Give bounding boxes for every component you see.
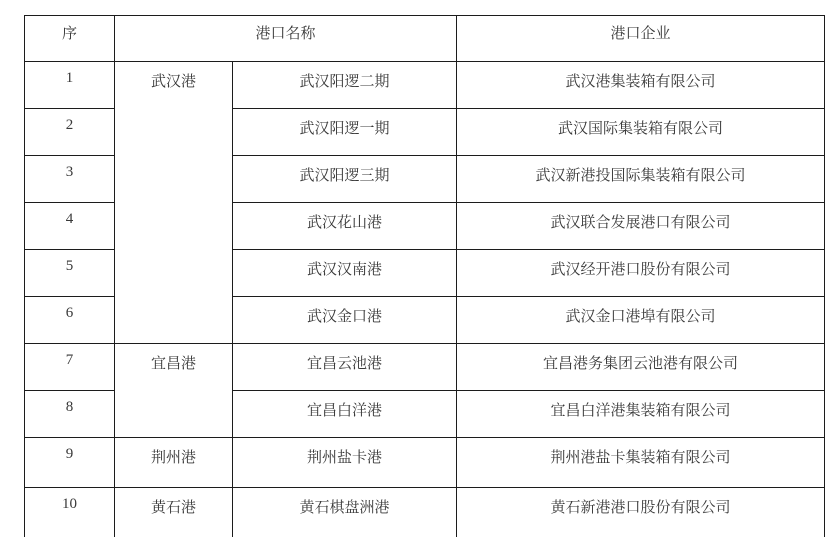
table-row: 7 宜昌港 宜昌云池港 宜昌港务集团云池港有限公司 — [25, 344, 825, 391]
seq-cell: 3 — [25, 156, 115, 203]
seq-cell: 7 — [25, 344, 115, 391]
port-cell: 武汉阳逻一期 — [233, 109, 457, 156]
seq-cell: 2 — [25, 109, 115, 156]
port-cell: 武汉花山港 — [233, 203, 457, 250]
table-header-row: 序 港口名称 港口企业 — [25, 16, 825, 62]
port-cell: 武汉金口港 — [233, 297, 457, 344]
company-cell: 武汉国际集装箱有限公司 — [457, 109, 825, 156]
seq-cell: 4 — [25, 203, 115, 250]
seq-cell: 1 — [25, 62, 115, 109]
port-cell: 宜昌白洋港 — [233, 391, 457, 438]
port-cell: 武汉阳逻三期 — [233, 156, 457, 203]
company-cell: 黄石新港港口股份有限公司 — [457, 488, 825, 537]
company-cell: 武汉金口港埠有限公司 — [457, 297, 825, 344]
seq-cell: 5 — [25, 250, 115, 297]
table-row: 9 荆州港 荆州盐卡港 荆州港盐卡集装箱有限公司 — [25, 438, 825, 488]
ports-table: 序 港口名称 港口企业 1 武汉港 武汉阳逻二期 武汉港集装箱有限公司 2 武汉… — [24, 15, 825, 537]
port-cell: 黄石棋盘洲港 — [233, 488, 457, 537]
port-cell: 荆州盐卡港 — [233, 438, 457, 488]
company-cell: 武汉新港投国际集装箱有限公司 — [457, 156, 825, 203]
page: 序 港口名称 港口企业 1 武汉港 武汉阳逻二期 武汉港集装箱有限公司 2 武汉… — [0, 0, 835, 537]
header-port-company: 港口企业 — [457, 16, 825, 62]
group-cell-yichang: 宜昌港 — [115, 344, 233, 438]
header-seq: 序 — [25, 16, 115, 62]
header-port-name: 港口名称 — [115, 16, 457, 62]
port-cell: 武汉汉南港 — [233, 250, 457, 297]
company-cell: 武汉联合发展港口有限公司 — [457, 203, 825, 250]
seq-cell: 10 — [25, 488, 115, 537]
table-row: 10 黄石港 黄石棋盘洲港 黄石新港港口股份有限公司 — [25, 488, 825, 537]
group-cell-huangshi: 黄石港 — [115, 488, 233, 537]
company-cell: 荆州港盐卡集装箱有限公司 — [457, 438, 825, 488]
company-cell: 宜昌白洋港集装箱有限公司 — [457, 391, 825, 438]
group-cell-jingzhou: 荆州港 — [115, 438, 233, 488]
group-cell-wuhan: 武汉港 — [115, 62, 233, 344]
company-cell: 武汉港集装箱有限公司 — [457, 62, 825, 109]
seq-cell: 6 — [25, 297, 115, 344]
port-cell: 宜昌云池港 — [233, 344, 457, 391]
port-cell: 武汉阳逻二期 — [233, 62, 457, 109]
table-row: 1 武汉港 武汉阳逻二期 武汉港集装箱有限公司 — [25, 62, 825, 109]
company-cell: 宜昌港务集团云池港有限公司 — [457, 344, 825, 391]
company-cell: 武汉经开港口股份有限公司 — [457, 250, 825, 297]
seq-cell: 8 — [25, 391, 115, 438]
seq-cell: 9 — [25, 438, 115, 488]
